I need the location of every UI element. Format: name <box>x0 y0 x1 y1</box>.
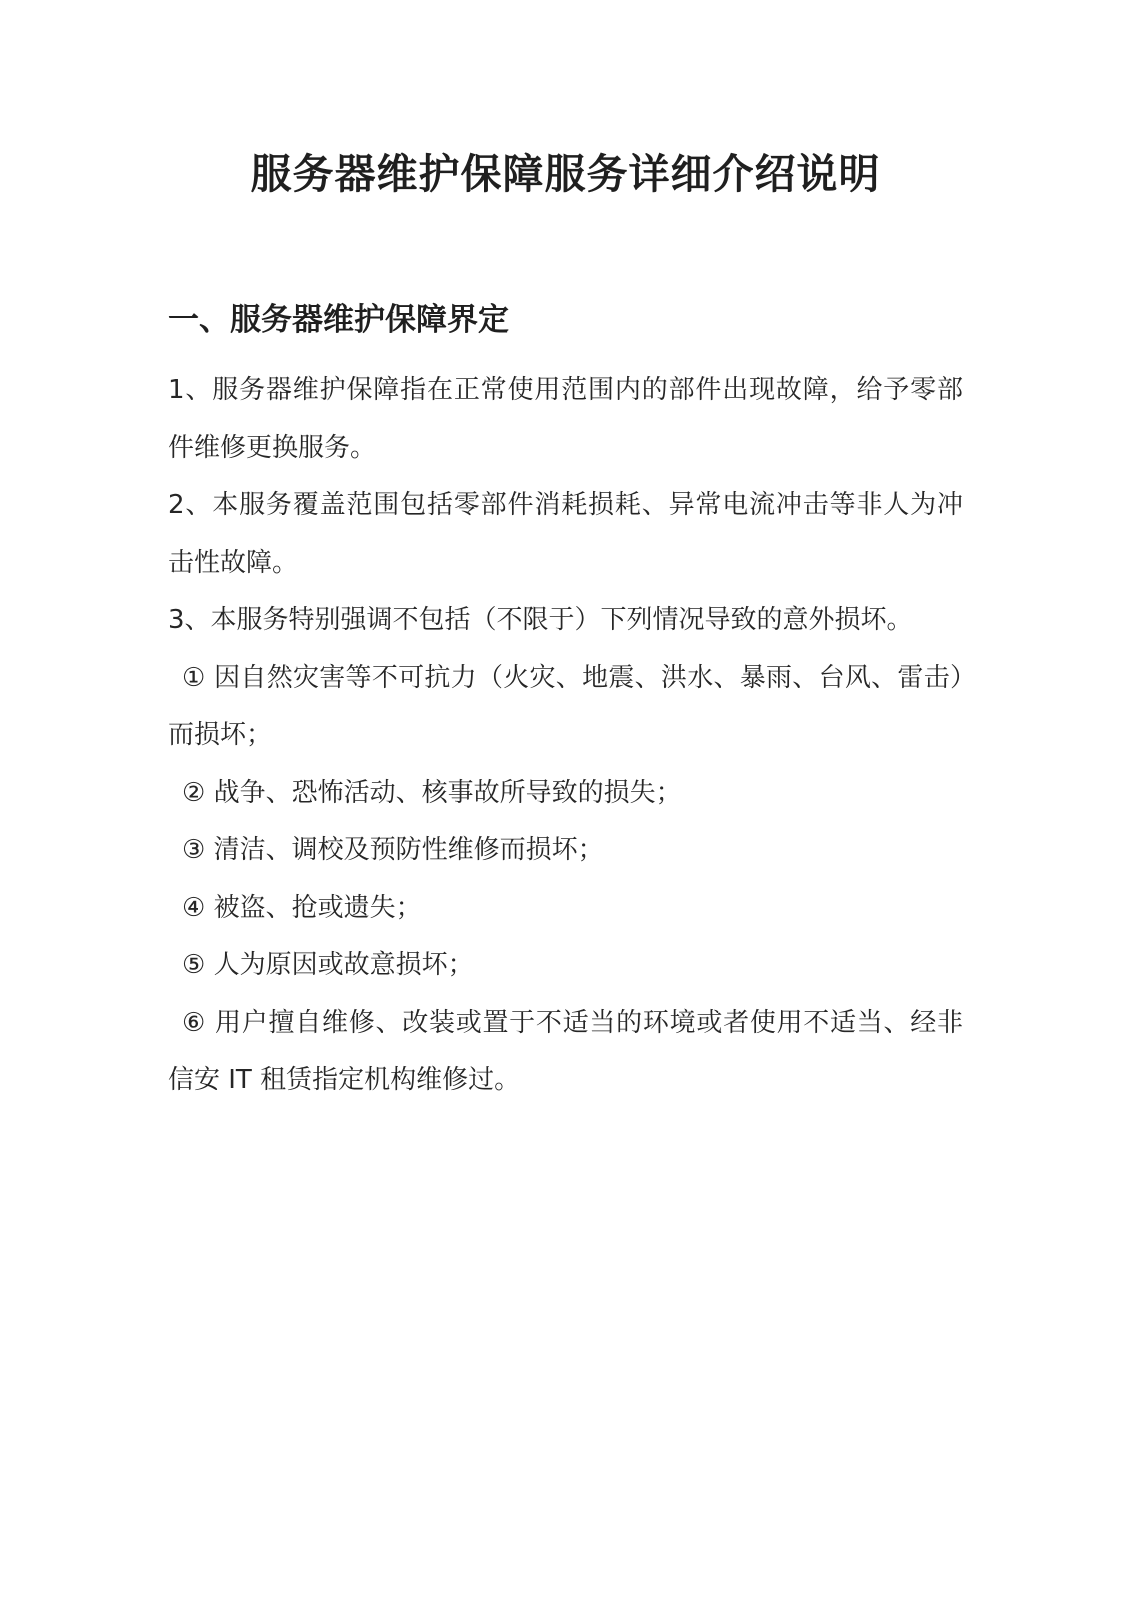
list-item-circled-6: ⑥ 用户擅自维修、改装或置于不适当的环境或者使用不适当、经非信安 IT 租赁指定… <box>168 995 963 1110</box>
section-heading: 一、服务器维护保障界定 <box>168 301 963 340</box>
list-item-circled-2: ② 战争、恐怖活动、核事故所导致的损失； <box>168 765 963 823</box>
list-item-circled-5: ⑤ 人为原因或故意损坏； <box>168 937 963 995</box>
document-content: 服务器维护保障服务详细介绍说明 一、服务器维护保障界定 1、服务器维护保障指在正… <box>0 0 1131 1110</box>
list-item-circled-1: ① 因自然灾害等不可抗力（火灾、地震、洪水、暴雨、台风、雷击）而损坏； <box>168 650 963 765</box>
paragraph-item-2: 2、本服务覆盖范围包括零部件消耗损耗、异常电流冲击等非人为冲击性故障。 <box>168 477 963 592</box>
document-title: 服务器维护保障服务详细介绍说明 <box>168 0 963 201</box>
paragraph-item-3: 3、本服务特别强调不包括（不限于）下列情况导致的意外损坏。 <box>168 592 963 650</box>
paragraph-item-1: 1、服务器维护保障指在正常使用范围内的部件出现故障，给予零部件维修更换服务。 <box>168 362 963 477</box>
list-item-circled-4: ④ 被盗、抢或遗失； <box>168 880 963 938</box>
list-item-circled-3: ③ 清洁、调校及预防性维修而损坏； <box>168 822 963 880</box>
section-body: 1、服务器维护保障指在正常使用范围内的部件出现故障，给予零部件维修更换服务。 2… <box>168 362 963 1110</box>
document-page: 服务器维护保障服务详细介绍说明 一、服务器维护保障界定 1、服务器维护保障指在正… <box>0 0 1131 1600</box>
